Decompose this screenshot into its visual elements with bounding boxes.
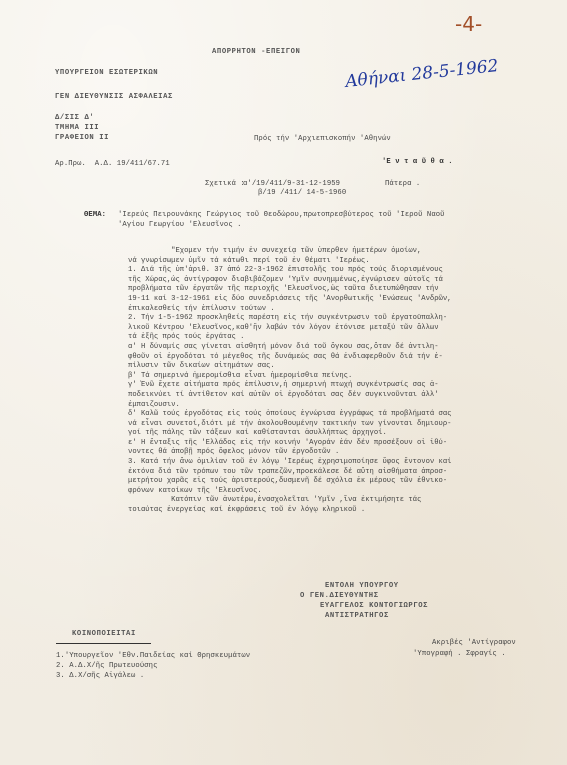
body-line: ἐπικαλεσθείς τήν ἐπίλυσιν τούτων . (128, 305, 548, 315)
signature-line-3: ΕΥΑΓΓΕΛΟΣ ΚΟΝΤΟΓΙΩΡΓΟΣ (320, 602, 428, 611)
distribution-item: 3. Δ.Χ/σῆς Αἰγάλεω . (56, 672, 144, 681)
protocol-number: Αρ.Πρω. Α.Δ. 19/411/67.71 (55, 160, 170, 169)
distribution-item: 1.'Υπουργεῖον 'Εθν.Παιδείας καί Θρησκευμ… (56, 652, 250, 661)
body-line: μετρήτου χαρᾶς εἰς τούς ἀριστερούς,δυσμε… (128, 477, 548, 487)
body-line: 3. Κατά τήν ἄνω ὁμιλίαν τοῦ ἐν λόγῳ 'Ιερ… (128, 458, 548, 468)
reference-a: α'/19/411/9-31-12-1959 (243, 180, 340, 189)
body-line: Κατόπιν τῶν ἀνωτέρω,ἐνασχολεῖται 'Υμῖν ,… (128, 496, 548, 506)
distribution-underline (56, 643, 151, 644)
signature-line-1: ΕΝΤΟΛΗ ΥΠΟΥΡΓΟΥ (325, 582, 399, 591)
body-line: νά εἶναι συνετοί,διότι μέ τήν ἀκολουθουμ… (128, 420, 548, 430)
body-line: β' Τά σημερινά ἡμερομίσθια εἶναι ἡμερομί… (128, 372, 548, 382)
distribution-label: ΚΟΙΝΟΠΟΙΕΙΤΑΙ (72, 630, 136, 639)
reference-b: β/19 /411/ 14-5-1960 (258, 189, 346, 198)
page-number: -4- (455, 12, 482, 36)
body-line: φθοῦν οἱ ἐργοδόται τό μέγεθος τῆς δυνάμε… (128, 353, 548, 363)
sender-office: ΓΡΑΦΕΙΟΝ ΙΙ (55, 134, 109, 143)
letter-body: "Εχομεν τήν τιμήν ἐν συνεχείᾳ τῶν ὑπερθε… (128, 247, 548, 516)
body-line: ποδεικνύει τί ἀντίθετον καί αὐτῶν οἱ ἐργ… (128, 391, 548, 401)
body-line: πίλυσιν τῶν δικαίων αἰτημάτων σας. (128, 362, 548, 372)
body-line: νά γνωρίσωμεν ὑμῖν τά κάτωθι περί τοῦ ἐν… (128, 257, 548, 267)
recipient-location: 'Ε ν τ α ῦ θ α . (382, 158, 453, 167)
subject-line-2: 'Αγίου Γεωργίου 'Ελευσῖνος . (118, 221, 242, 230)
subject-line-1: 'Ιερεύς Πειρουνάκης Γεώργιος τοῦ Θεοδώρο… (118, 211, 445, 220)
handwritten-date: Αθήναι 28-5-1962 (344, 56, 499, 92)
body-line: νοντες θά ἀποβῇ πρός ὄφελος μόνον τῶν ἐρ… (128, 448, 548, 458)
subject-label: ΘΕΜΑ: (84, 211, 106, 220)
body-line: φρόνων κατοίκων τῆς 'Ελευσῖνος. (128, 487, 548, 497)
body-line: τά ἑξῆς πρός τούς ἐργάτας . (128, 333, 548, 343)
classification-stamp: ΑΠΟΡΡΗΤΟΝ -ΕΠΕΙΓΟΝ (212, 48, 300, 57)
certified-copy-label: Ακριβές 'Αντίγραφον (432, 639, 516, 648)
body-line: α' Η δύναμίς σας γίνεται αἰσθητή μόνον δ… (128, 343, 548, 353)
sender-division: Δ/ΣΙΣ Δ' (55, 114, 94, 123)
body-line: τοιαύτας ἐνεργείας καί ἐκφράσεις τοῦ ἐν … (128, 506, 548, 516)
signature-seal-label: 'Υπογραφή . Σφραγίς . (413, 650, 506, 659)
body-line: ἐμπαιζουσιν. (128, 401, 548, 411)
distribution-item: 2. Α.Δ.Χ/ῆς Πρωτευούσης (56, 662, 158, 671)
body-line: λικοῦ Κέντρου 'Ελευσῖνος,καθ'ἣν λαβών τό… (128, 324, 548, 334)
reference-label: Σχετικά : (205, 180, 245, 189)
document-page: ΑΠΟΡΡΗΤΟΝ -ΕΠΕΙΓΟΝ -4- Αθήναι 28-5-1962 … (0, 0, 567, 765)
signature-line-2: Ο ΓΕΝ.ΔΙΕΥΘΥΝΤΗΣ (300, 592, 379, 601)
body-line: δ' Καλῶ τούς ἐργοδότας εἰς τούς ὁποίους … (128, 410, 548, 420)
body-line: τῆς Χώρας,ὡς ἀντίγραφον διαβιβάζομεν 'Υμ… (128, 276, 548, 286)
body-line: προβλήματα τῶν ἐργατῶν τῆς περιοχῆς 'Ελε… (128, 285, 548, 295)
body-line: ἐκτόνα διά τῶν τρόπων του τῶν τραπεζῶν,π… (128, 468, 548, 478)
body-line: "Εχομεν τήν τιμήν ἐν συνεχείᾳ τῶν ὑπερθε… (128, 247, 548, 257)
body-line: 1. Διά τῆς ὑπ'ἀριθ. 37 ἀπό 22-3-1962 ἐπι… (128, 266, 548, 276)
body-line: 19-11 καί 3-12-1961 εἰς δύο συνεδριάσεις… (128, 295, 548, 305)
sender-ministry: ΥΠΟΥΡΓΕΙΟΝ ΕΣΩΤΕΡΙΚΩΝ (55, 69, 158, 78)
signature-line-4: ΑΝΤΙΣΤΡΑΤΗΓΟΣ (325, 612, 389, 621)
sender-section: ΤΜΗΜΑ ΙΙΙ (55, 124, 99, 133)
body-line: γ' Ἐνῶ ἔχετε αἰτήματα πρός ἐπίλυσιν,ἡ ση… (128, 381, 548, 391)
body-line: 2. Τήν 1-5-1962 προσκληθείς παρέστη εἰς … (128, 314, 548, 324)
salutation: Πάτερα . (385, 180, 420, 189)
recipient-line: Πρός τήν 'Αρχιεπισκοπήν 'Αθηνών (254, 135, 391, 144)
body-line: γοί τῆς πάλης τῶν τάξεων καί καθίστανται… (128, 429, 548, 439)
sender-directorate: ΓΕΝ ΔΙΕΥΘΥΝΣΙΣ ΑΣΦΑΛΕΙΑΣ (55, 93, 173, 102)
